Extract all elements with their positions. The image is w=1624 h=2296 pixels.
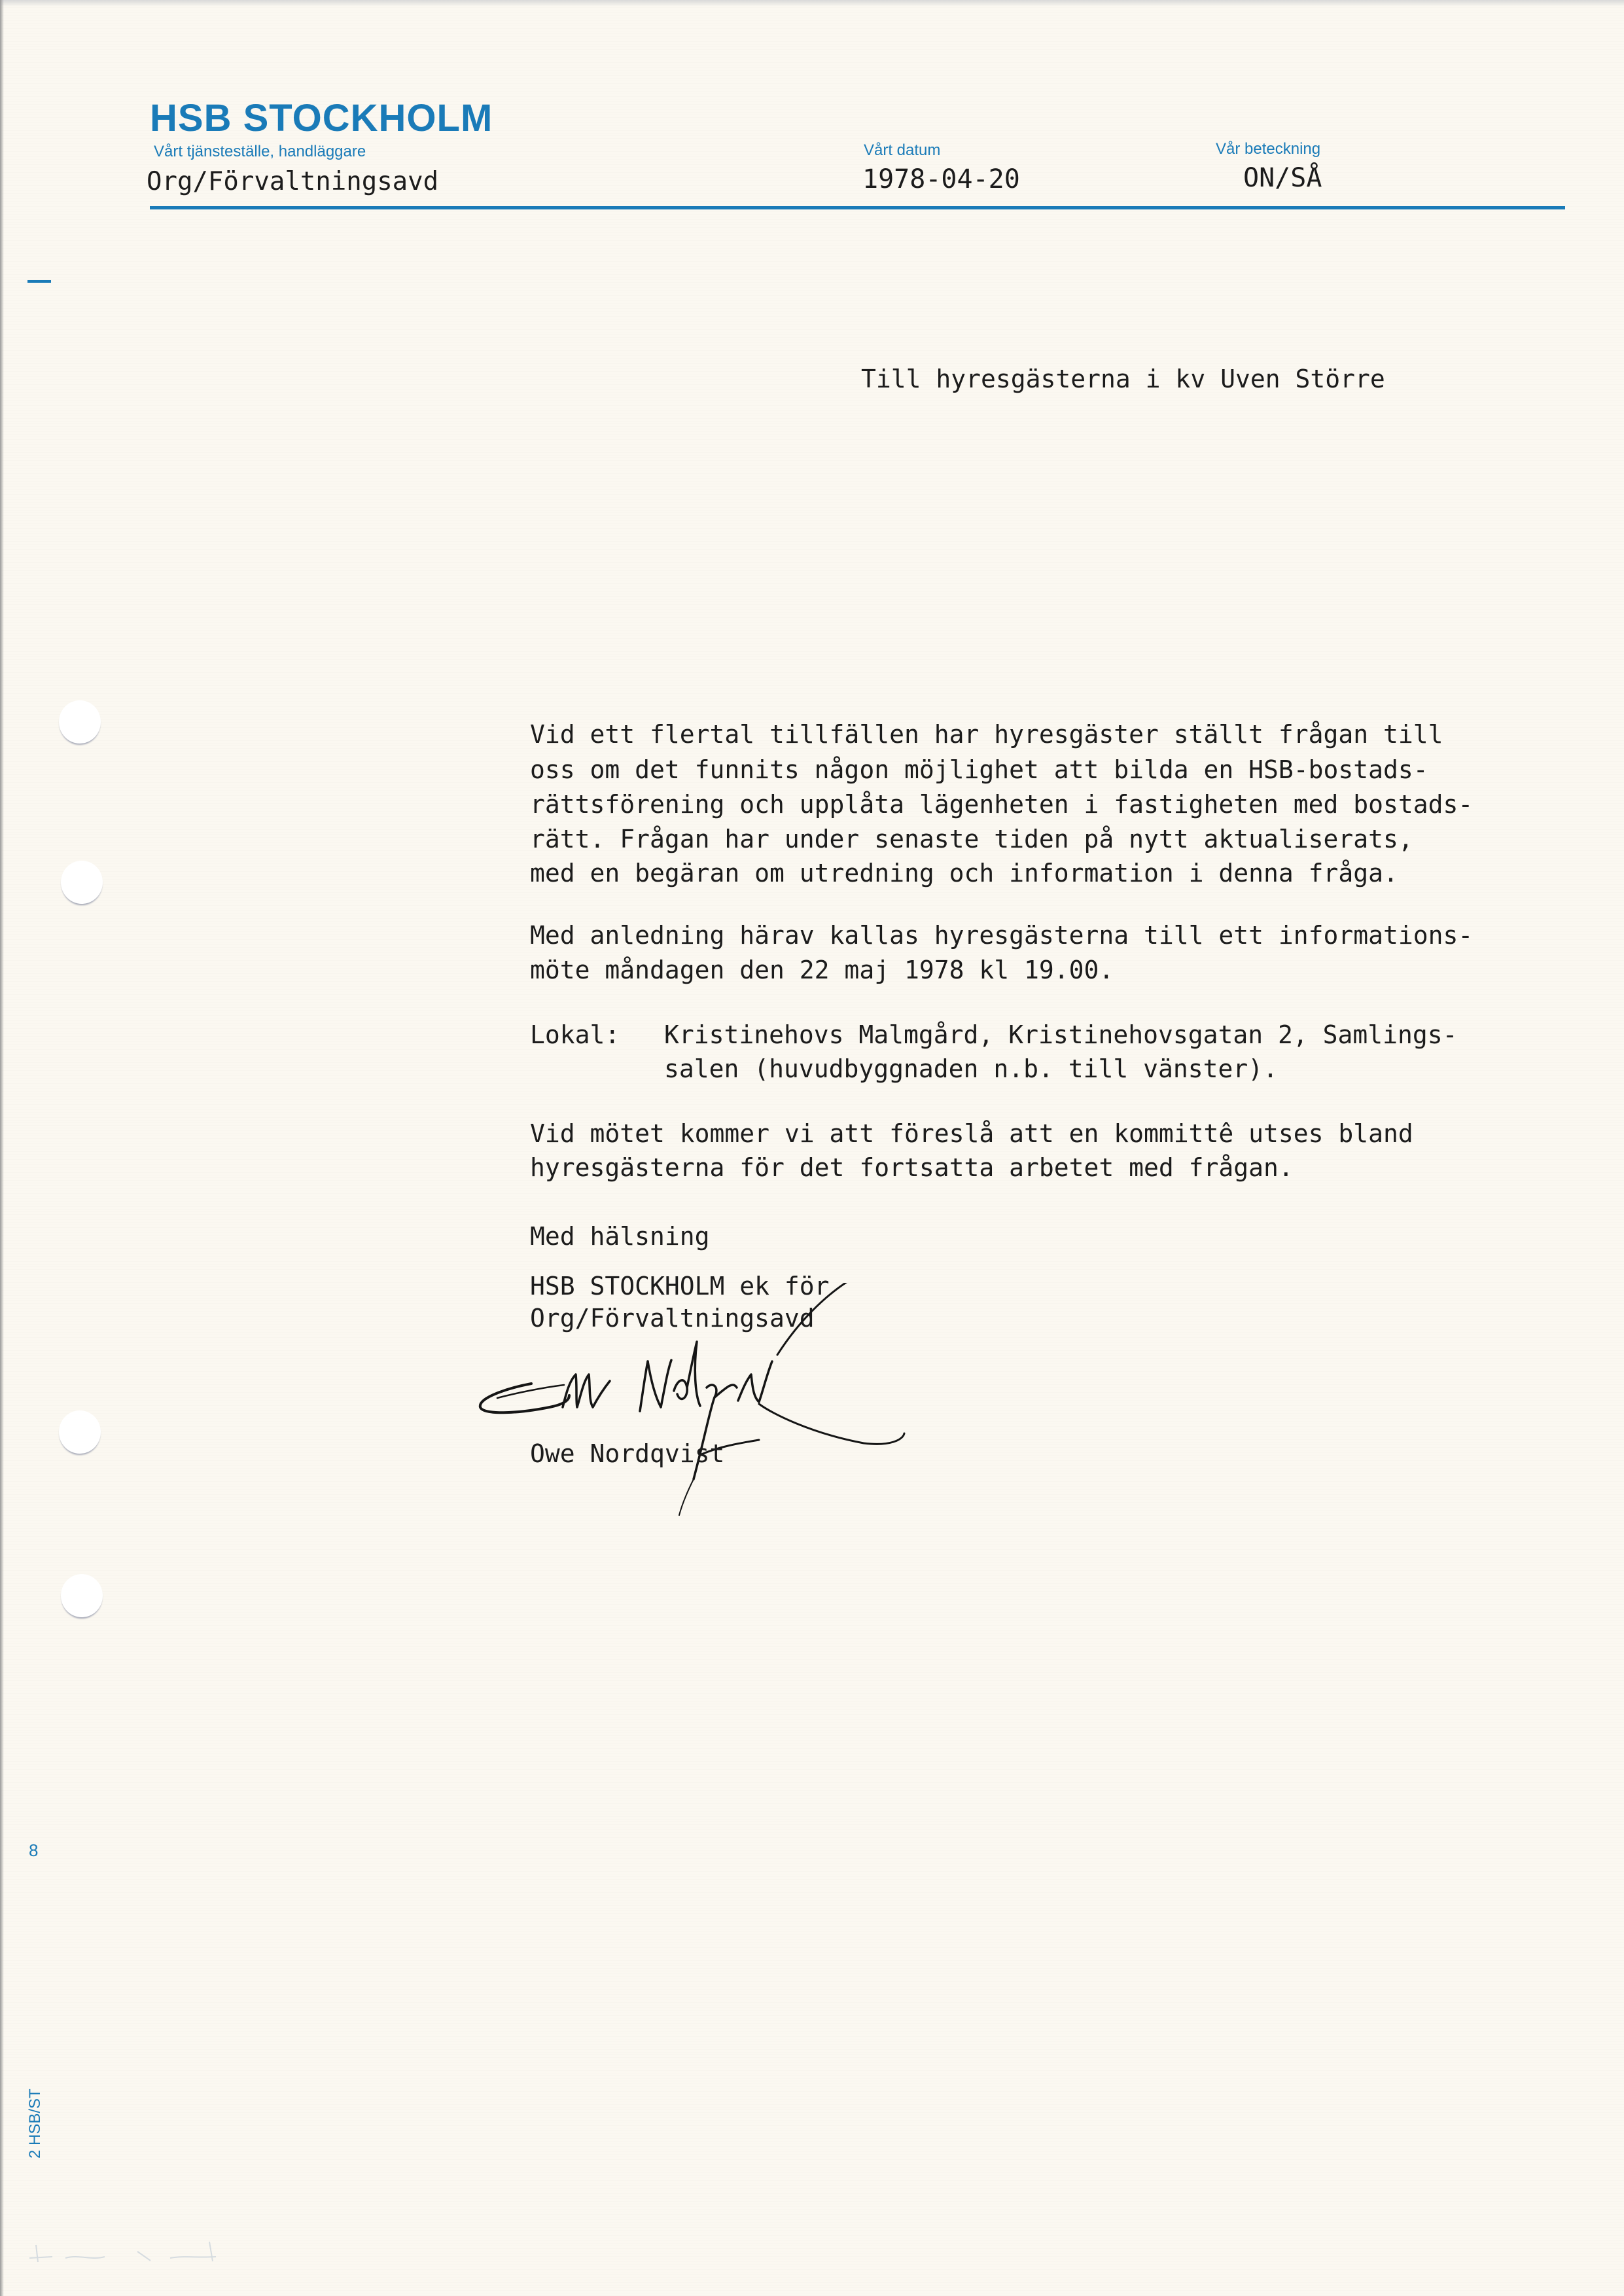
recipient-line: Till hyresgästerna i kv Uven Större: [861, 367, 1385, 391]
body-line: med en begäran om utredning och informat…: [530, 861, 1398, 886]
organization-logo: HSB STOCKHOLM: [150, 99, 493, 137]
signature-icon: [471, 1283, 995, 1518]
venue-line: Kristinehovs Malmgård, Kristinehovsgatan…: [664, 1022, 1458, 1047]
office-label: Vårt tjänsteställe, handläggare: [154, 144, 366, 160]
page-number: 8: [29, 1840, 38, 1861]
signatory-name: Owe Nordqvist: [530, 1441, 724, 1466]
reference-value: ON/SÅ: [1243, 165, 1322, 191]
venue-line: salen (huvudbyggnaden n.b. till vänster)…: [664, 1056, 1278, 1081]
body-line: rättsförening och upplåta lägenheten i f…: [530, 792, 1473, 817]
body-line: möte måndagen den 22 maj 1978 kl 19.00.: [530, 958, 1114, 982]
reference-label: Vår beteckning: [1216, 141, 1320, 157]
body-line: rätt. Frågan har under senaste tiden på …: [530, 827, 1413, 852]
punch-hole: [59, 1410, 101, 1454]
office-value: Org/Förvaltningsavd: [147, 169, 438, 194]
closing-greeting: Med hälsning: [530, 1224, 710, 1249]
body-line: Vid ett flertal tillfällen har hyresgäst…: [530, 722, 1443, 747]
scan-top-edge: [0, 0, 1624, 7]
body-line: Vid mötet kommer vi att föreslå att en k…: [530, 1121, 1413, 1146]
punch-hole: [61, 1574, 103, 1617]
reverse-ink-bleed: [26, 2238, 222, 2265]
date-value: 1978-04-20: [862, 166, 1020, 192]
form-code: 2 HSB/ST: [26, 2089, 44, 2159]
body-line: oss om det funnits någon möjlighet att b…: [530, 757, 1428, 782]
scan-left-edge: [0, 0, 4, 2296]
letter-page: HSB STOCKHOLM Vårt tjänsteställe, handlä…: [0, 0, 1624, 2296]
header-divider: [150, 206, 1565, 209]
date-label: Vårt datum: [864, 143, 940, 158]
fold-mark: [27, 280, 51, 283]
body-line: hyresgästerna för det fortsatta arbetet …: [530, 1155, 1294, 1180]
punch-hole: [59, 700, 101, 744]
punch-hole: [61, 861, 103, 904]
body-line: Med anledning härav kallas hyresgästerna…: [530, 923, 1473, 948]
venue-label: Lokal:: [530, 1022, 620, 1047]
